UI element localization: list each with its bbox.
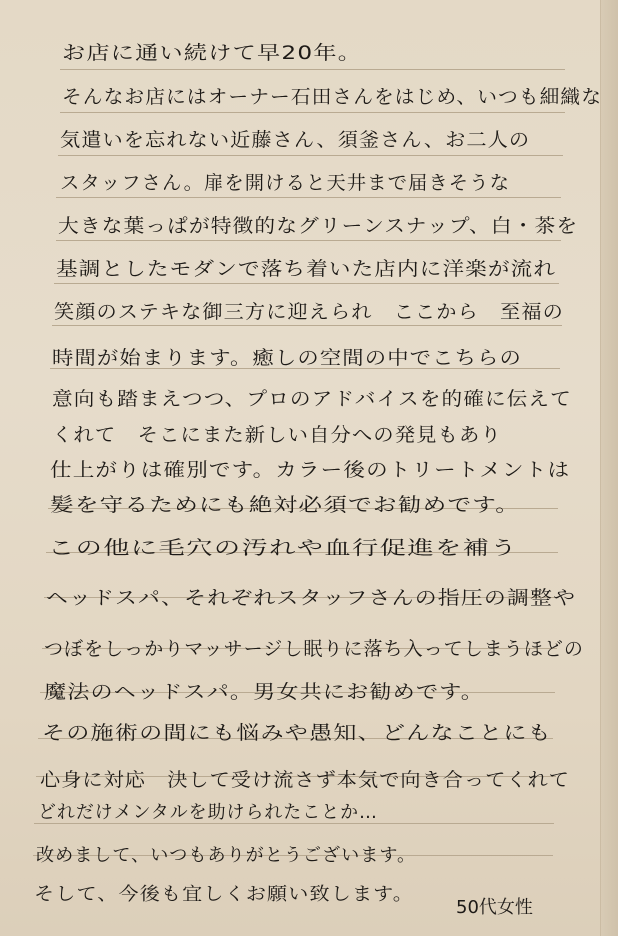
- letter-line: 魔法のヘッドスパ。男女共にお勧めです。: [44, 677, 484, 704]
- letter-line: スタッフさん。扉を開けると天井まで届きそうな: [60, 168, 510, 195]
- signature: 50代女性: [456, 893, 533, 919]
- letter-line: 大きな葉っぱが特徴的なグリーンスナップ、白・茶を: [58, 211, 578, 238]
- letter-line: その施術の間にも悩みや愚知、どんなことにも: [42, 718, 552, 745]
- letter-line: この他に毛穴の汚れや血行促進を補う: [48, 533, 518, 560]
- letter-line: 気遣いを忘れない近藤さん、須釜さん、お二人の: [60, 125, 530, 152]
- letter-line: くれて そこにまた新しい自分への発見もあり: [52, 420, 502, 447]
- letter-line: 時間が始まります。癒しの空間の中でこちらの: [52, 343, 522, 370]
- letter-line: 基調としたモダンで落ち着いた店内に洋楽が流れ: [56, 254, 556, 281]
- letter-line: 髪を守るためにも絶対必須でお勧めです。: [50, 490, 520, 517]
- letter-line: そして、今後も宜しくお願い致します。: [34, 880, 414, 906]
- letter-line: ヘッドスパ、それぞれスタッフさんの指圧の調整や: [46, 583, 576, 610]
- ruled-line: [52, 325, 562, 326]
- ruled-line: [54, 283, 559, 284]
- ruled-line: [56, 240, 561, 241]
- ruled-line: [56, 197, 561, 198]
- letter-line: お店に通い続けて早20年。: [62, 38, 362, 65]
- ruled-line: [60, 69, 565, 70]
- letter-line: そんなお店にはオーナー石田さんをはじめ、いつも細織な: [62, 82, 602, 109]
- letter-line: 心身に対応 決して受け流さず本気で向き合ってくれて: [40, 765, 570, 792]
- ruled-line: [58, 155, 563, 156]
- lined-paper: お店に通い続けて早20年。そんなお店にはオーナー石田さんをはじめ、いつも細織な気…: [0, 0, 618, 936]
- ruled-line: [60, 112, 565, 113]
- letter-line: 改めまして、いつもありがとうございます。: [36, 841, 416, 867]
- letter-line: 意向も踏まえつつ、プロのアドバイスを的確に伝えて: [52, 384, 572, 411]
- letter-line: 笑顔のステキな御三方に迎えられ ここから 至福の: [54, 297, 564, 324]
- paper-edge: [600, 0, 618, 936]
- letter-line: どれだけメンタルを助けられたことか…: [38, 798, 378, 824]
- letter-line: 仕上がりは確別です。カラー後のトリートメントは: [50, 455, 570, 482]
- letter-line: つぼをしっかりマッサージし眠りに落ち入ってしまうほどの: [44, 634, 584, 661]
